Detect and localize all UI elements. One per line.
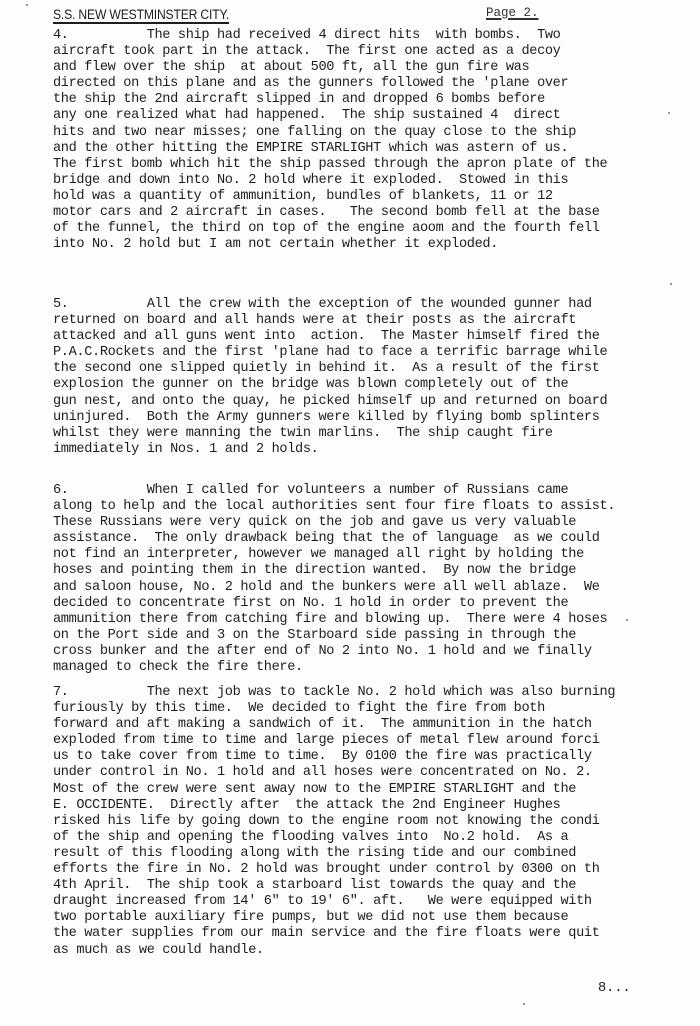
text-line: assistance. The only drawback being that… (53, 531, 693, 547)
text-line: us to take cover from time to time. By 0… (53, 749, 693, 765)
paragraph-5: 5. All the crew with the exception of th… (53, 297, 693, 458)
scan-speck (670, 283, 672, 285)
text-line: 6. When I called for volunteers a number… (53, 483, 693, 499)
text-line: 4. The ship had received 4 direct hits w… (53, 28, 693, 44)
text-line: 5. All the crew with the exception of th… (53, 297, 693, 313)
text-line: on the Port side and 3 on the Starboard … (53, 628, 693, 644)
text-line: any one realized what had happened. The … (53, 108, 693, 124)
text-line: The first bomb which hit the ship passed… (53, 157, 693, 173)
text-line: motor cars and 2 aircraft in cases. The … (53, 205, 693, 221)
text-line: efforts the fire in No. 2 hold was broug… (53, 862, 693, 878)
text-line: draught increased from 14' 6" to 19' 6".… (53, 894, 693, 910)
text-line: immediately in Nos. 1 and 2 holds. (53, 442, 693, 458)
text-line: the water supplies from our main service… (53, 926, 693, 942)
paragraph-7: 7. The next job was to tackle No. 2 hold… (53, 685, 693, 959)
text-line: returned on board and all hands were at … (53, 313, 693, 329)
text-line: of the ship and opening the flooding val… (53, 830, 693, 846)
text-line: risked his life by going down to the eng… (53, 814, 693, 830)
text-line: 4th April. The ship took a starboard lis… (53, 878, 693, 894)
paragraph-4: 4. The ship had received 4 direct hits w… (53, 28, 693, 253)
text-line: uninjured. Both the Army gunners were ki… (53, 410, 693, 426)
text-line: Most of the crew were sent away now to t… (53, 782, 693, 798)
text-line: whilst they were manning the twin marlin… (53, 426, 693, 442)
text-line: and flew over the ship at about 500 ft, … (53, 60, 693, 76)
continuation-marker: 8... (598, 981, 631, 996)
text-line: directed on this plane and as the gunner… (53, 76, 693, 92)
text-line: decided to concentrate first on No. 1 ho… (53, 596, 693, 612)
text-line: along to help and the local authorities … (53, 499, 693, 515)
text-line: and saloon house, No. 2 hold and the bun… (53, 580, 693, 596)
scan-speck (523, 1003, 525, 1005)
text-line: 7. The next job was to tackle No. 2 hold… (53, 685, 693, 701)
text-line: managed to check the fire there. (53, 660, 693, 676)
page-number: Page 2. (486, 6, 539, 20)
document-page: S.S. NEW WESTMINSTER CITY. Page 2. 4. Th… (0, 0, 700, 1026)
text-line: the second one slipped quietly in behind… (53, 361, 693, 377)
text-line: and the other hitting the EMPIRE STARLIG… (53, 141, 693, 157)
text-line: attacked and all guns went into action. … (53, 329, 693, 345)
text-line: of the funnel, the third on top of the e… (53, 221, 693, 237)
text-line: hoses and pointing them in the direction… (53, 563, 693, 579)
text-line: explosion the gunner on the bridge was b… (53, 377, 693, 393)
text-line: ammunition there from catching fire and … (53, 612, 693, 628)
document-title: S.S. NEW WESTMINSTER CITY. (53, 7, 229, 22)
text-line: exploded from time to time and large pie… (53, 733, 693, 749)
text-line: into No. 2 hold but I am not certain whe… (53, 237, 693, 253)
text-line: not find an interpreter, however we mana… (53, 547, 693, 563)
scan-speck (626, 619, 628, 621)
text-line: hits and two near misses; one falling on… (53, 125, 693, 141)
paragraph-6: 6. When I called for volunteers a number… (53, 483, 693, 676)
text-line: E. OCCIDENTE. Directly after the attack … (53, 798, 693, 814)
text-line: aircraft took part in the attack. The fi… (53, 44, 693, 60)
scan-speck (668, 112, 670, 114)
text-line: gun nest, and onto the quay, he picked h… (53, 394, 693, 410)
text-line: the ship the 2nd aircraft slipped in and… (53, 92, 693, 108)
text-line: two portable auxiliary fire pumps, but w… (53, 910, 693, 926)
text-line: hold was a quantity of ammunition, bundl… (53, 189, 693, 205)
text-line: forward and aft making a sandwich of it.… (53, 717, 693, 733)
text-line: cross bunker and the after end of No 2 i… (53, 644, 693, 660)
text-line: furiously by this time. We decided to fi… (53, 701, 693, 717)
text-line: as much as we could handle. (53, 943, 693, 959)
text-line: result of this flooding along with the r… (53, 846, 693, 862)
text-line: P.A.C.Rockets and the first 'plane had t… (53, 345, 693, 361)
text-line: under control in No. 1 hold and all hose… (53, 765, 693, 781)
text-line: These Russians were very quick on the jo… (53, 515, 693, 531)
text-line: bridge and down into No. 2 hold where it… (53, 173, 693, 189)
scan-speck (26, 4, 28, 6)
